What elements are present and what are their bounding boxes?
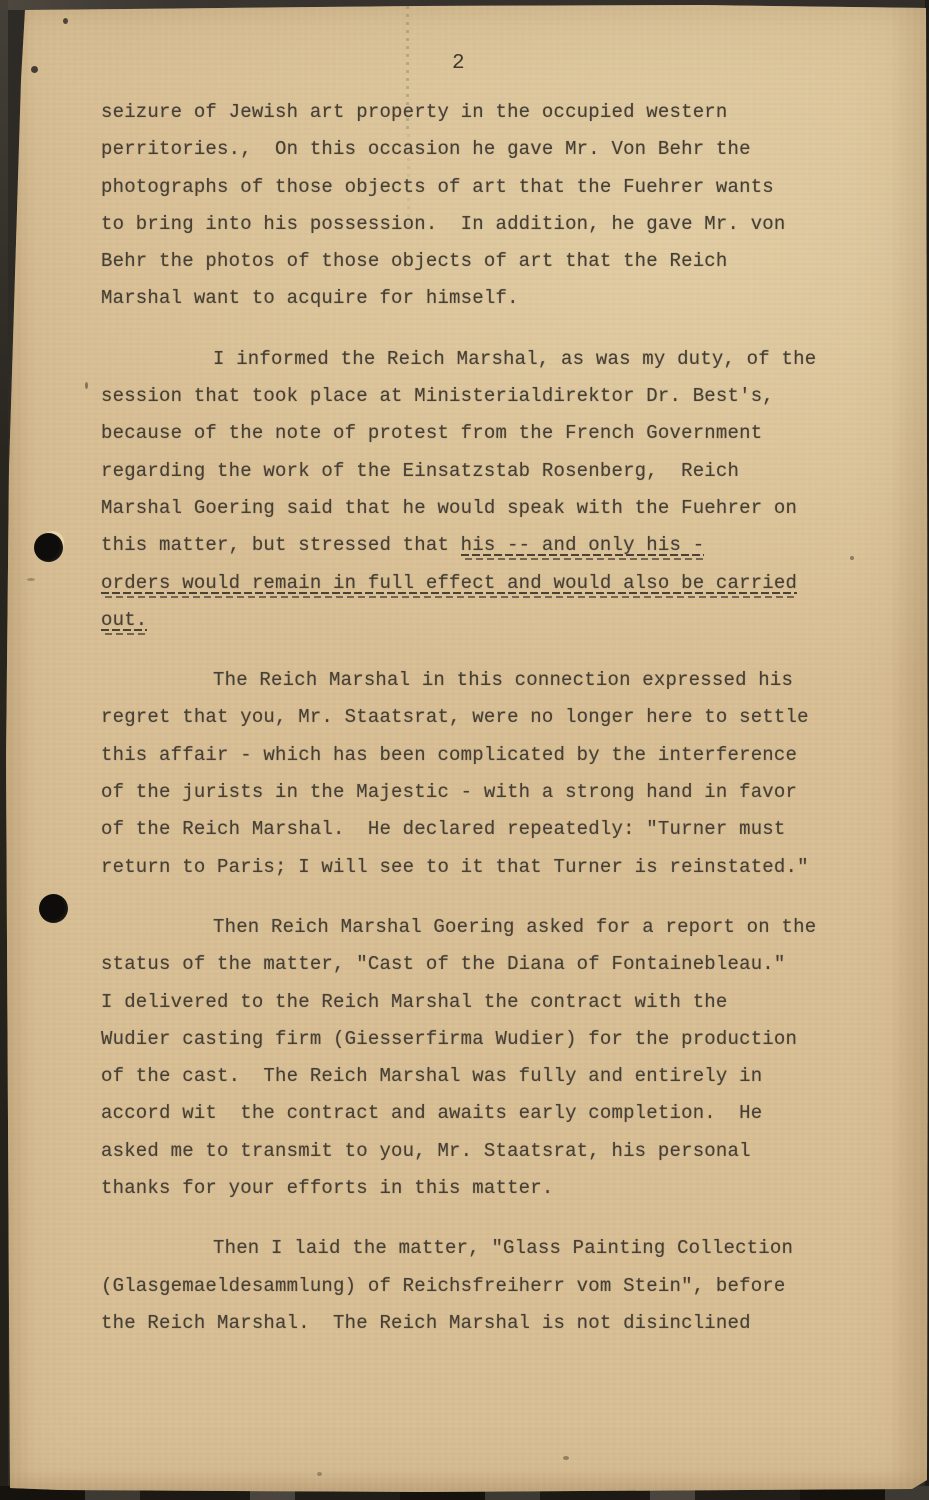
ink-speck — [563, 1456, 569, 1460]
text-line: orders would remain in full effect and w… — [101, 565, 891, 602]
text-line: perritories., On this occasion he gave M… — [101, 131, 891, 168]
text-segment: (Glasgemaeldesammlung) of Reichsfreiherr… — [101, 1268, 786, 1305]
text-segment: Then Reich Marshal Goering asked for a r… — [157, 909, 816, 946]
ink-speck — [63, 18, 68, 24]
paragraph: Then I laid the matter, "Glass Painting … — [101, 1230, 891, 1342]
text-segment: I informed the Reich Marshal, as was my … — [157, 341, 816, 378]
text-line: this affair - which has been complicated… — [101, 737, 891, 774]
text-segment: thanks for your efforts in this matter. — [101, 1170, 553, 1207]
punch-hole — [34, 533, 63, 562]
underlined-text: his -- and only his - — [461, 527, 705, 564]
text-segment: asked me to transmit to you, Mr. Staatsr… — [101, 1133, 751, 1170]
paragraph: Then Reich Marshal Goering asked for a r… — [101, 909, 891, 1207]
text-line: Wudier casting firm (Giesserfirma Wudier… — [101, 1021, 891, 1058]
text-line: this matter, but stressed that his -- an… — [101, 527, 891, 564]
text-segment: because of the note of protest from the … — [101, 415, 762, 452]
text-segment: perritories., On this occasion he gave M… — [101, 131, 751, 168]
text-line: of the cast. The Reich Marshal was fully… — [101, 1058, 891, 1095]
scanned-page: 2 seizure of Jewish art property in the … — [0, 0, 929, 1500]
text-segment: regret that you, Mr. Staatsrat, were no … — [101, 699, 809, 736]
text-line: regret that you, Mr. Staatsrat, were no … — [101, 699, 891, 736]
text-segment: regarding the work of the Einsatzstab Ro… — [101, 453, 739, 490]
text-line: seizure of Jewish art property in the oc… — [101, 94, 891, 131]
ink-speck — [27, 578, 35, 581]
text-line: asked me to transmit to you, Mr. Staatsr… — [101, 1133, 891, 1170]
fold-mark — [406, 6, 409, 134]
underlined-text: orders would remain in full effect and w… — [101, 565, 797, 602]
text-line: regarding the work of the Einsatzstab Ro… — [101, 453, 891, 490]
text-line: session that took place at Ministerialdi… — [101, 378, 891, 415]
text-line: (Glasgemaeldesammlung) of Reichsfreiherr… — [101, 1268, 891, 1305]
text-line: of the Reich Marshal. He declared repeat… — [101, 811, 891, 848]
text-line: of the jurists in the Majestic - with a … — [101, 774, 891, 811]
text-segment: Then I laid the matter, "Glass Painting … — [157, 1230, 793, 1267]
text-segment: seizure of Jewish art property in the oc… — [101, 94, 728, 131]
text-segment: Behr the photos of those objects of art … — [101, 243, 728, 280]
document-text: seizure of Jewish art property in the oc… — [101, 94, 891, 1342]
text-segment: Marshal Goering said that he would speak… — [101, 490, 797, 527]
text-line: Then Reich Marshal Goering asked for a r… — [101, 909, 891, 946]
underlined-text: out. — [101, 602, 147, 639]
paragraph: The Reich Marshal in this connection exp… — [101, 662, 891, 886]
paper-sheet: 2 seizure of Jewish art property in the … — [0, 0, 929, 1500]
text-line: thanks for your efforts in this matter. — [101, 1170, 891, 1207]
text-line: Marshal Goering said that he would speak… — [101, 490, 891, 527]
text-segment: status of the matter, "Cast of the Diana… — [101, 946, 786, 983]
text-segment: accord wit the contract and awaits early… — [101, 1095, 762, 1132]
text-segment: return to Paris; I will see to it that T… — [101, 849, 809, 886]
text-line: Marshal want to acquire for himself. — [101, 280, 891, 317]
paragraph: I informed the Reich Marshal, as was my … — [101, 341, 891, 639]
text-segment: The Reich Marshal in this connection exp… — [157, 662, 793, 699]
text-line: to bring into his possession. In additio… — [101, 206, 891, 243]
text-segment: session that took place at Ministerialdi… — [101, 378, 774, 415]
ink-speck — [31, 66, 38, 73]
text-line: because of the note of protest from the … — [101, 415, 891, 452]
ink-speck — [850, 556, 854, 560]
text-line: The Reich Marshal in this connection exp… — [101, 662, 891, 699]
text-segment: I delivered to the Reich Marshal the con… — [101, 984, 728, 1021]
text-segment: this affair - which has been complicated… — [101, 737, 797, 774]
text-segment: Marshal want to acquire for himself. — [101, 280, 519, 317]
text-line: status of the matter, "Cast of the Diana… — [101, 946, 891, 983]
text-segment: of the cast. The Reich Marshal was fully… — [101, 1058, 762, 1095]
text-line: Behr the photos of those objects of art … — [101, 243, 891, 280]
text-line: return to Paris; I will see to it that T… — [101, 849, 891, 886]
ink-speck — [317, 1472, 322, 1476]
text-line: accord wit the contract and awaits early… — [101, 1095, 891, 1132]
text-segment: of the Reich Marshal. He declared repeat… — [101, 811, 786, 848]
text-segment: Wudier casting firm (Giesserfirma Wudier… — [101, 1021, 797, 1058]
text-line: Then I laid the matter, "Glass Painting … — [101, 1230, 891, 1267]
paragraph: seizure of Jewish art property in the oc… — [101, 94, 891, 318]
text-segment: the Reich Marshal. The Reich Marshal is … — [101, 1305, 751, 1342]
punch-hole — [39, 894, 68, 923]
text-line: photographs of those objects of art that… — [101, 169, 891, 206]
ink-speck — [85, 382, 88, 389]
text-segment: to bring into his possession. In additio… — [101, 206, 786, 243]
text-line: I informed the Reich Marshal, as was my … — [101, 341, 891, 378]
text-segment: of the jurists in the Majestic - with a … — [101, 774, 797, 811]
text-segment: this matter, but stressed that — [101, 527, 461, 564]
fold-mark — [407, 134, 410, 229]
page-number: 2 — [452, 52, 466, 75]
text-line: the Reich Marshal. The Reich Marshal is … — [101, 1305, 891, 1342]
text-line: out. — [101, 602, 891, 639]
text-line: I delivered to the Reich Marshal the con… — [101, 984, 891, 1021]
text-segment: photographs of those objects of art that… — [101, 169, 774, 206]
